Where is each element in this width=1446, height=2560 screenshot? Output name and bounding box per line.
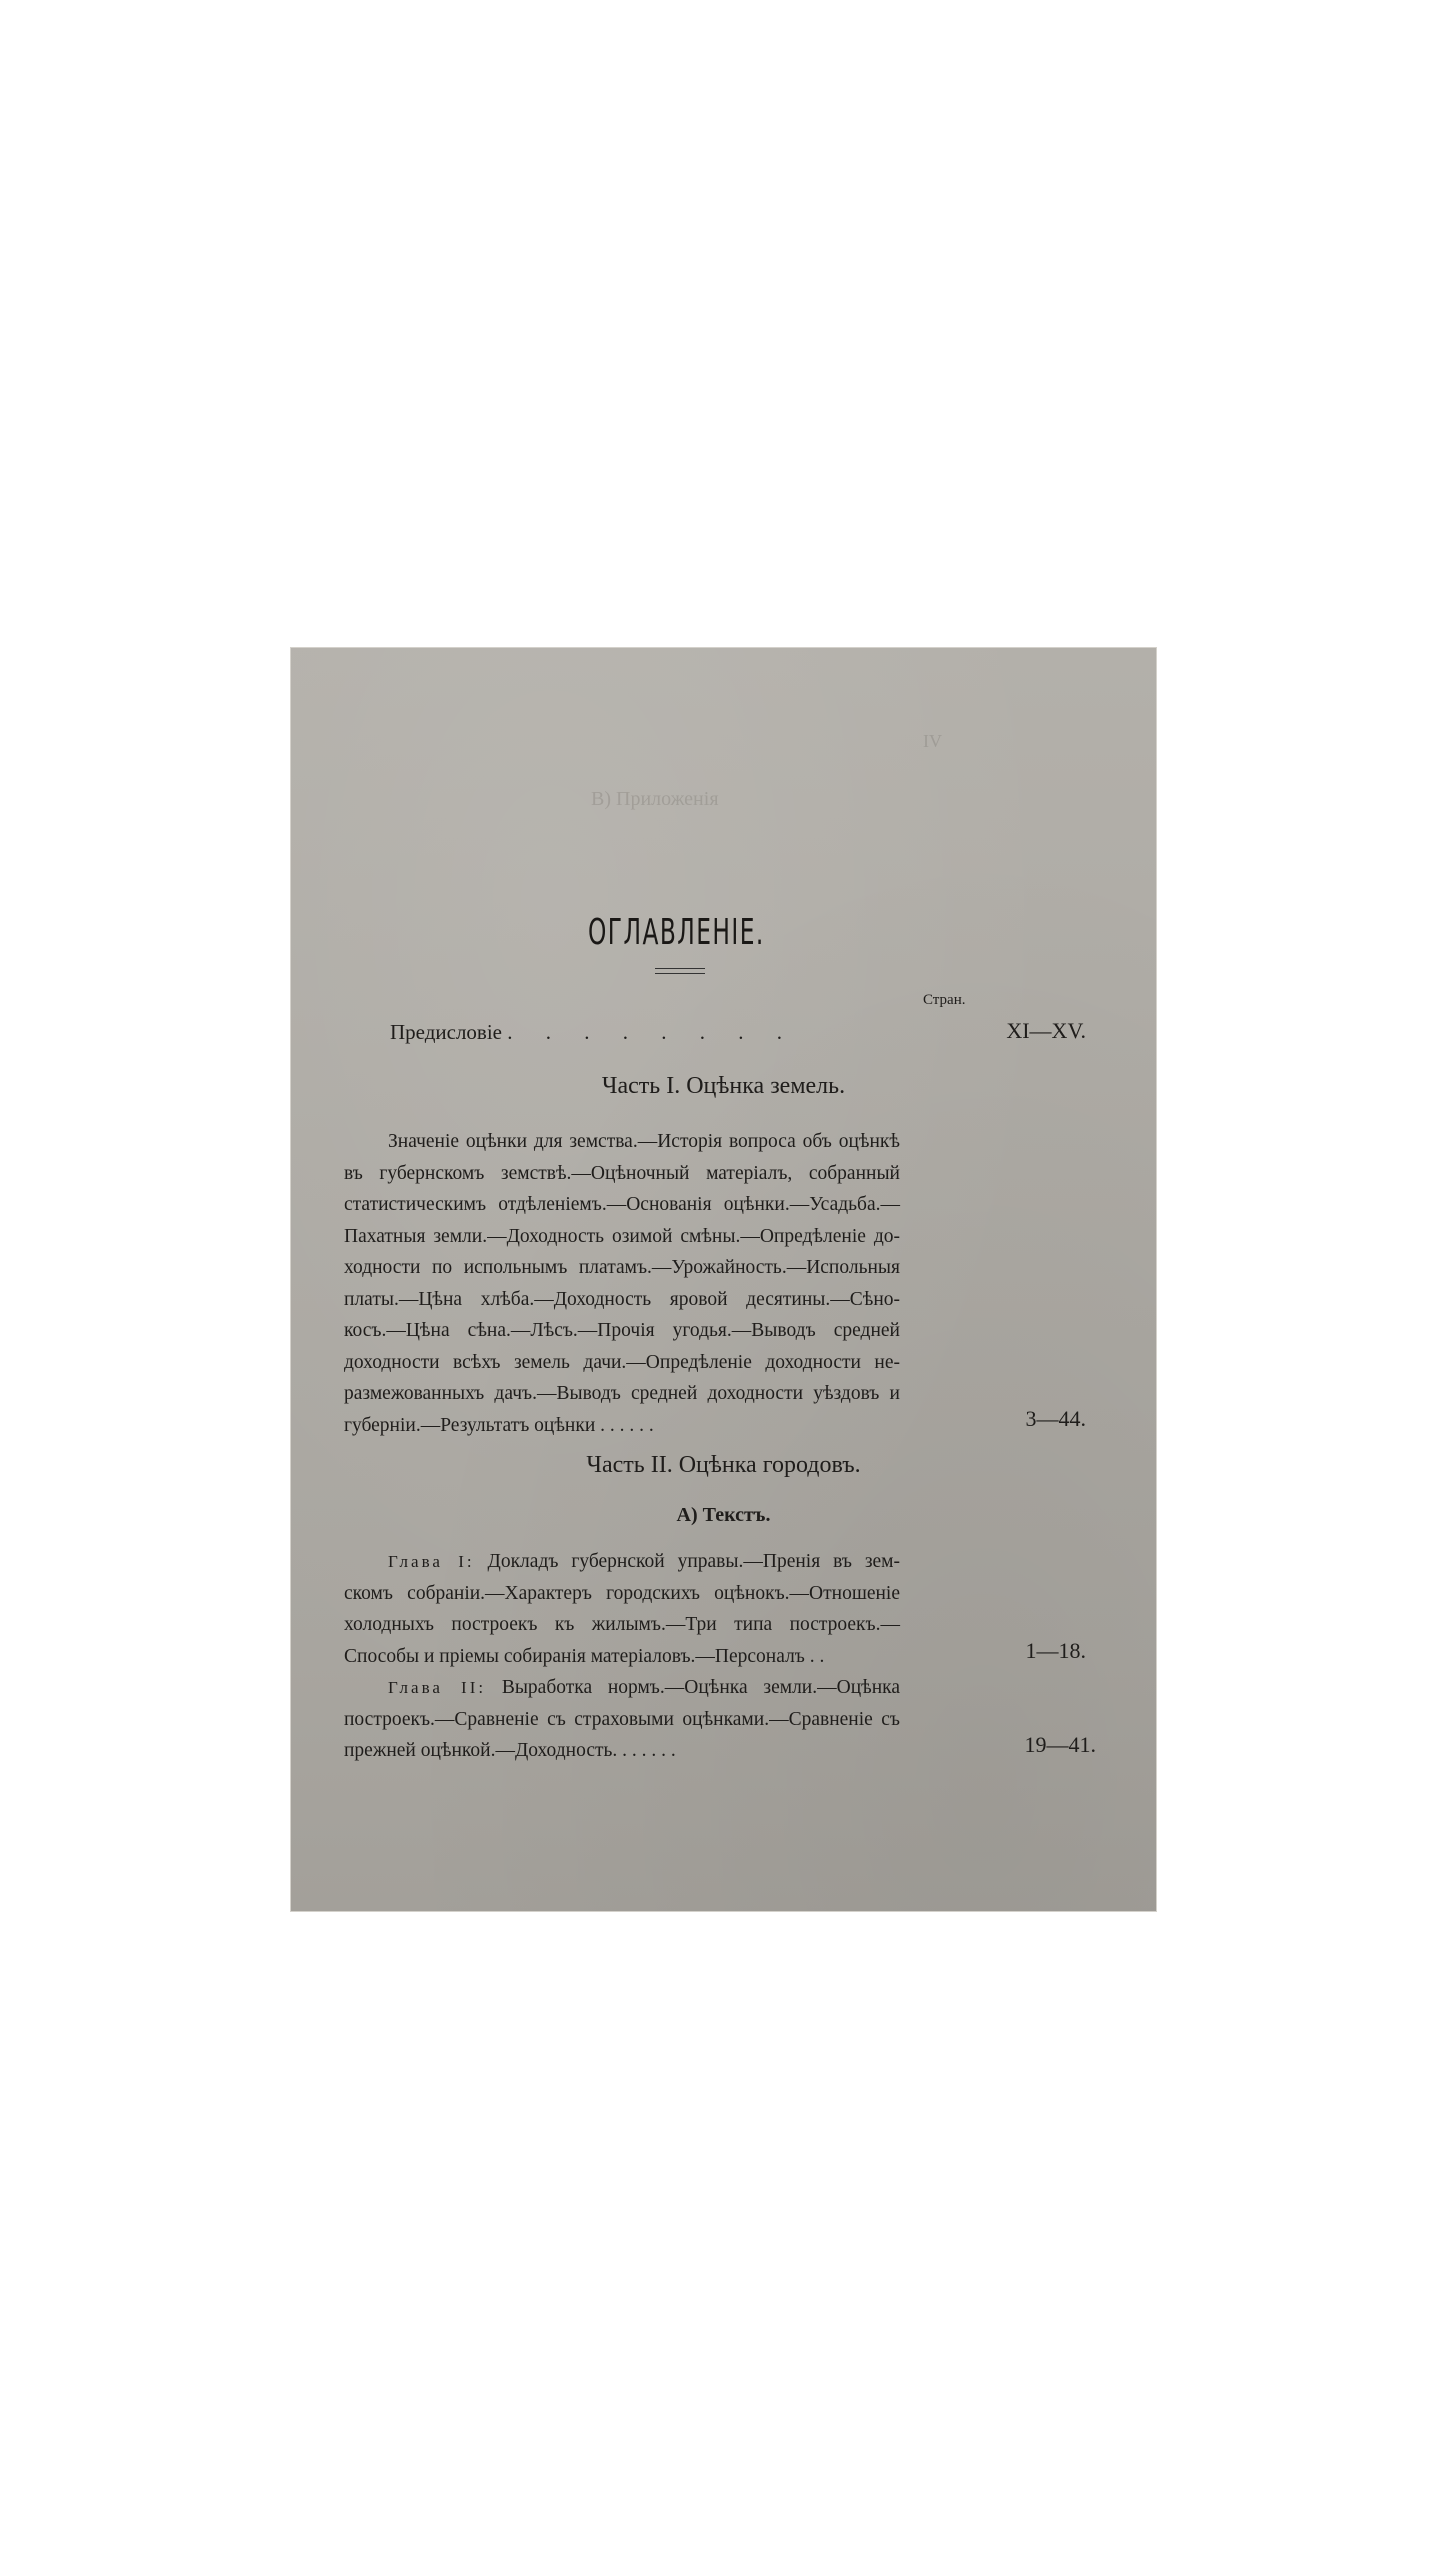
chapter2-line: прежней оцѣнкой.—Доходность. . . . . . .: [344, 1735, 900, 1767]
part1-line: ходности по испольнымъ платамъ.—Урожайно…: [344, 1252, 900, 1284]
part2-heading: Часть II. Оцѣнка городовъ.: [291, 1452, 1156, 1479]
chapter2-contents: Глава II: Выработка нормъ.—Оцѣнка земли.…: [344, 1672, 900, 1767]
chapter1-pages: 1—18.: [1026, 1638, 1087, 1664]
chapter2-line: Глава II: Выработка нормъ.—Оцѣнка земли.…: [344, 1672, 900, 1704]
part1-pages: 3—44.: [1026, 1406, 1087, 1432]
chapter1-line: холодныхъ построекъ къ жилымъ.—Три типа …: [344, 1609, 900, 1641]
part2-subheading: А) Текстъ.: [291, 1504, 1156, 1527]
chapter1-label: Глава I:: [388, 1552, 475, 1571]
chapter2-line: построекъ.—Сравненіе съ страховыми оцѣнк…: [344, 1704, 900, 1736]
chapter1-line: скомъ собраніи.—Характеръ городскихъ оцѣ…: [344, 1578, 900, 1610]
page-column-label: Стран.: [923, 992, 965, 1009]
part1-contents: Значеніе оцѣнки для земства.—Исторія воп…: [344, 1126, 900, 1441]
bleed-through-page-number: IV: [923, 731, 942, 752]
chapter2-pages: 19—41.: [1025, 1732, 1097, 1758]
part1-line: Значеніе оцѣнки для земства.—Исторія воп…: [344, 1126, 900, 1158]
part1-line: платы.—Цѣна хлѣба.—Доходность яровой дес…: [344, 1284, 900, 1316]
chapter2-label: Глава II:: [388, 1678, 486, 1697]
title-rule: [655, 968, 705, 974]
page-title: ОГЛАВЛЕНІЕ.: [588, 912, 732, 953]
preface-label: Предисловіе: [390, 1020, 502, 1044]
part1-line: статистическимъ отдѣленіемъ.—Основанія о…: [344, 1189, 900, 1221]
preface-pages: XI—XV.: [1006, 1018, 1086, 1044]
part1-line: въ губернскомъ земствѣ.—Оцѣночный матері…: [344, 1158, 900, 1190]
part1-heading: Часть I. Оцѣнка земель.: [291, 1073, 1156, 1100]
part1-line: размежованныхъ дачъ.—Выводъ средней дохо…: [344, 1378, 900, 1410]
toc-entry-preface: Предисловіе . . . . . . . .: [390, 1020, 796, 1045]
chapter1-contents: Глава I: Докладъ губернской управы.—Прен…: [344, 1546, 900, 1672]
chapter1-line: Способы и пріемы собиранія матеріаловъ.—…: [344, 1641, 900, 1673]
preface-leader: . . . . . . . .: [507, 1020, 796, 1044]
part1-line: косъ.—Цѣна сѣна.—Лѣсъ.—Прочія угодья.—Вы…: [344, 1315, 900, 1347]
chapter1-line: Глава I: Докладъ губернской управы.—Прен…: [344, 1546, 900, 1578]
part1-line: доходности всѣхъ земель дачи.—Опредѣлені…: [344, 1347, 900, 1379]
part1-line: Пахатныя земли.—Доходность озимой смѣны.…: [344, 1221, 900, 1253]
bleed-through-heading: В) Приложенія: [591, 788, 719, 811]
part1-line: губерніи.—Результатъ оцѣнки . . . . . .: [344, 1410, 900, 1442]
book-page: IV В) Приложенія ОГЛАВЛЕНІЕ. Стран. Пред…: [291, 648, 1156, 1911]
